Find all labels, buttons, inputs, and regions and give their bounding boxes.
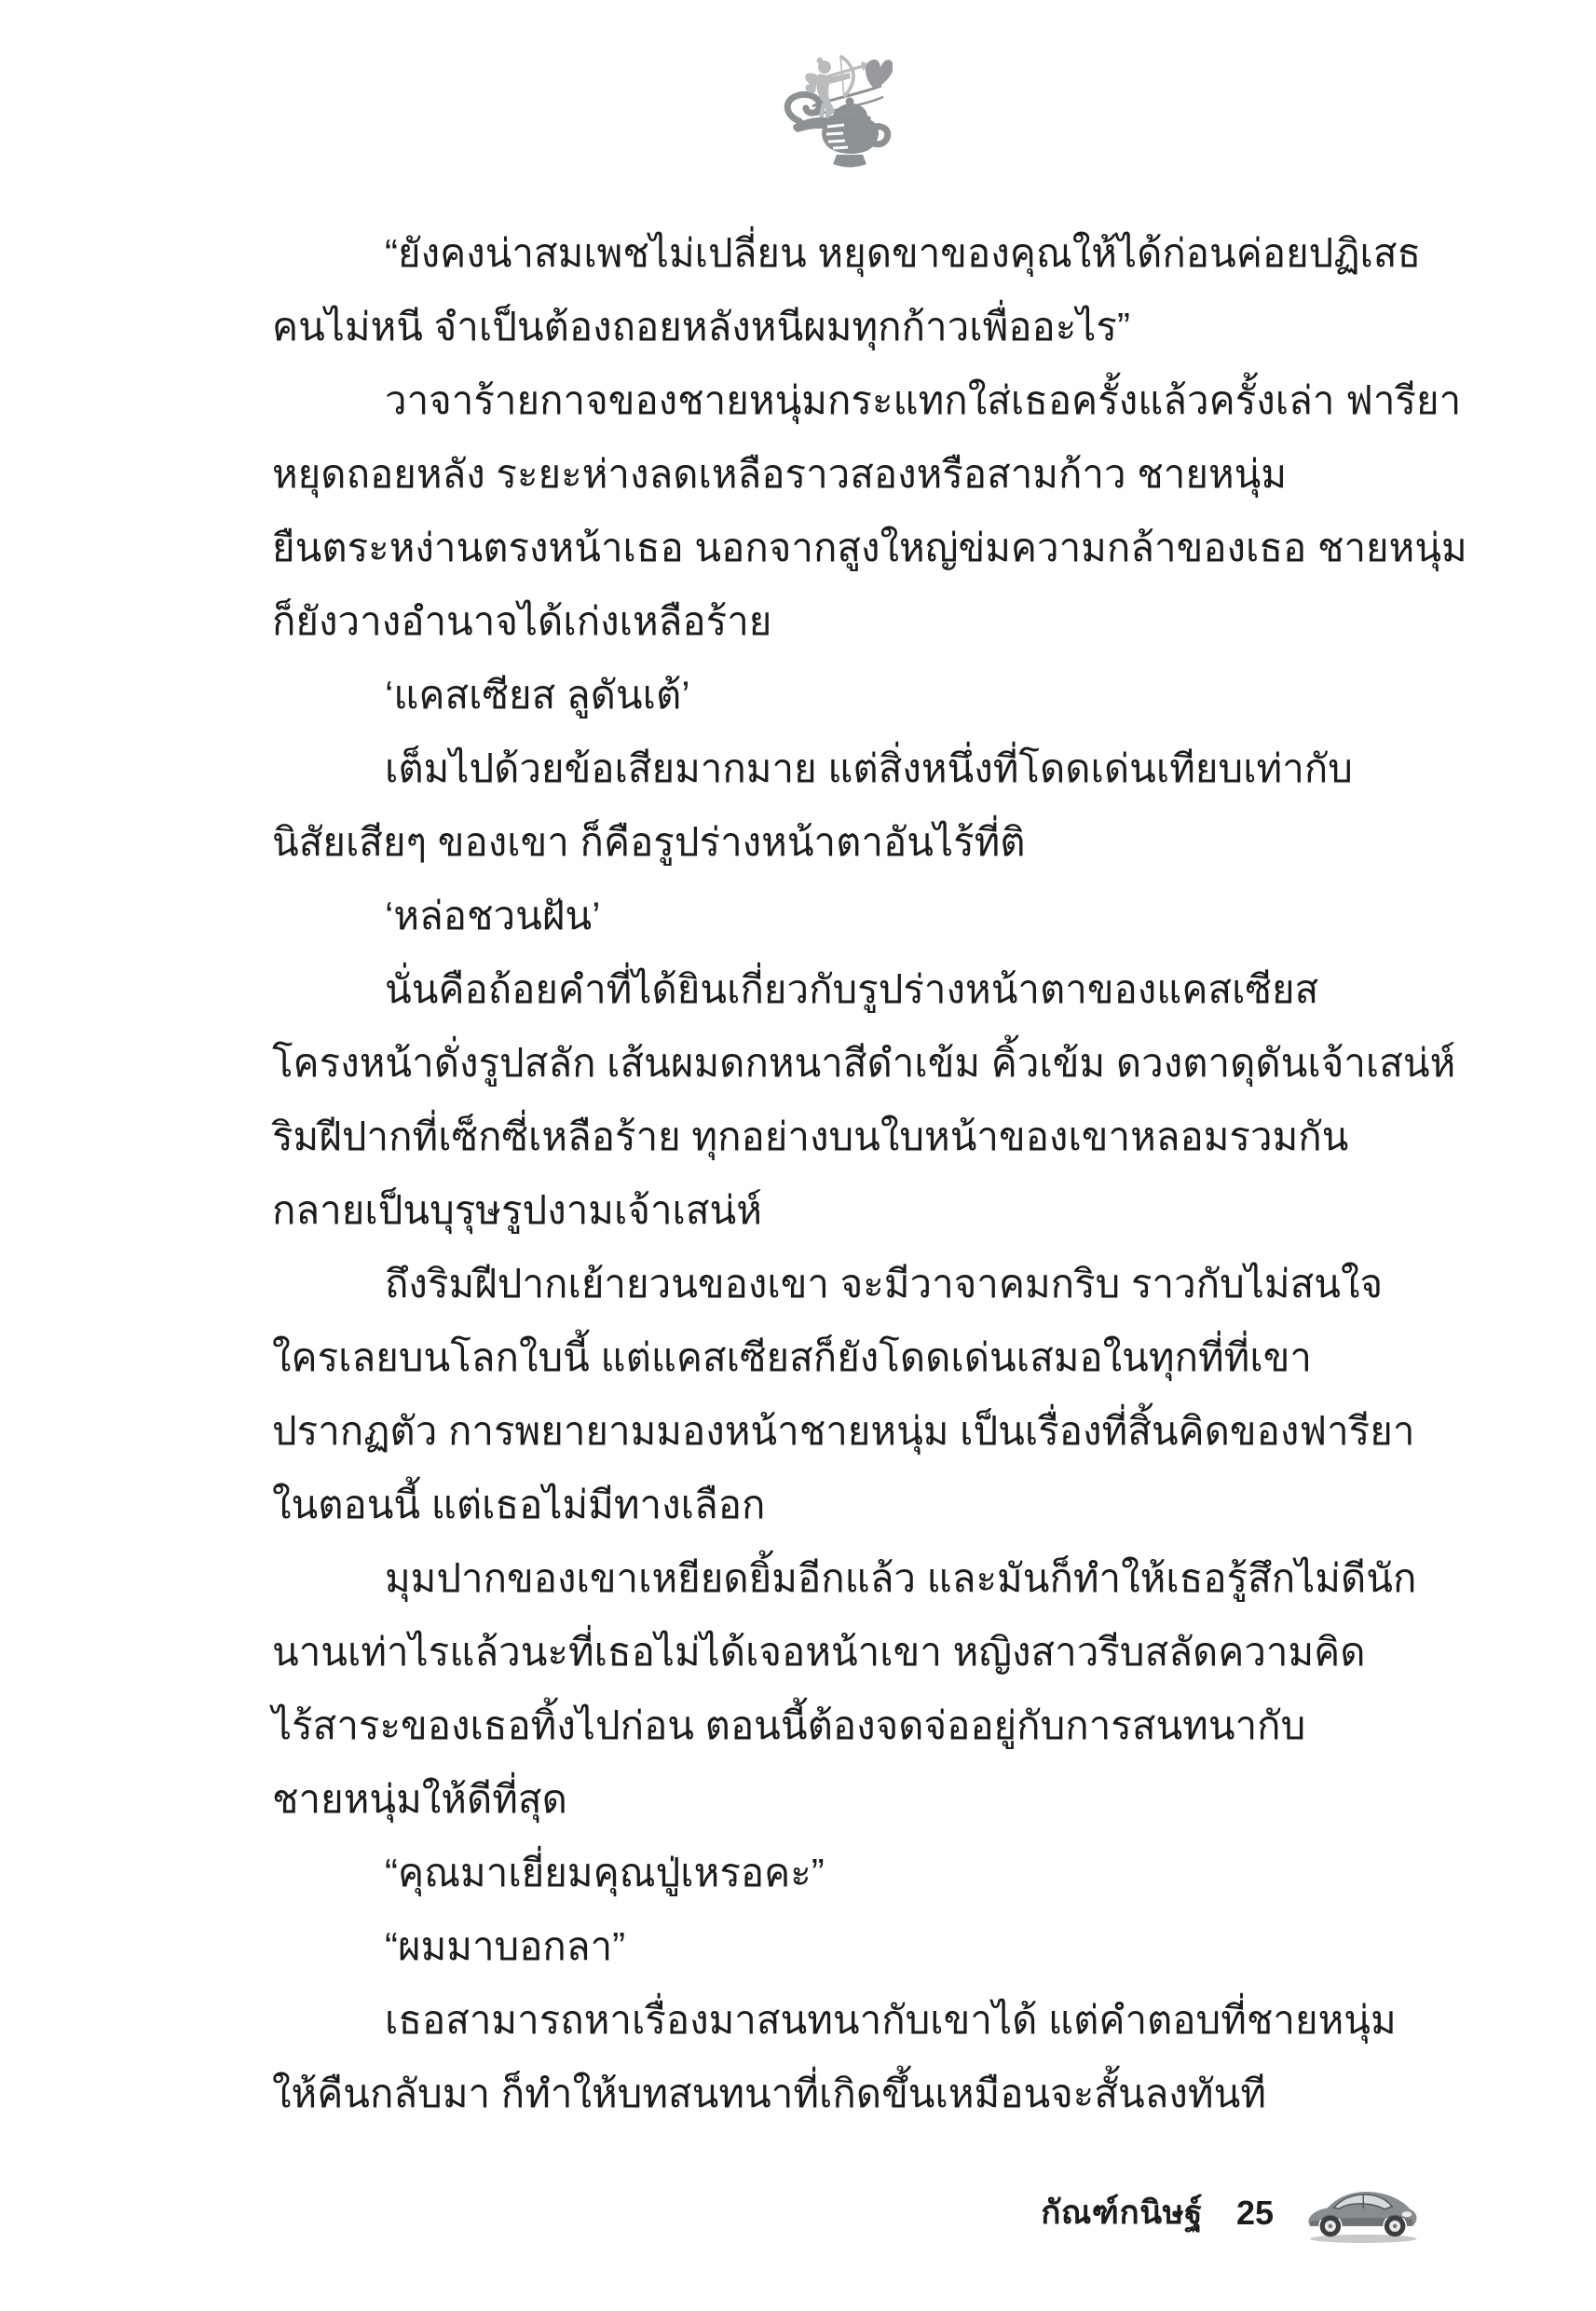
text-line: เธอสามารถหาเรื่องมาสนทนากับเขาได้ แต่คำต… [272,1983,1483,2057]
heart-shape [866,60,893,89]
genie-lamp-cupid-ornament-icon [781,47,893,171]
text-line: มุมปากของเขาเหยียดยิ้มอีกแล้ว และมันก็ทำ… [272,1541,1483,1615]
text-line: โครงหน้าดั่งรูปสลัก เส้นผมดกหนาสีดำเข้ม … [272,1026,1483,1100]
text-line: เต็มไปด้วยข้อเสียมากมาย แต่สิ่งหนึ่งที่โ… [272,732,1483,805]
text-line: ใครเลยบนโลกใบนี้ แต่แคสเซียสก็ยังโดดเด่น… [272,1320,1483,1394]
body-text: “ยังคงน่าสมเพชไม่เปลี่ยน หยุดขาของคุณให้… [272,216,1483,2130]
text-line: ชายหนุ่มให้ดีที่สุด [272,1762,1483,1836]
page-footer: กัณฑ์กนิษฐ์ 25 [885,2164,1421,2262]
page-number: 25 [1236,2194,1274,2233]
text-line: คนไม่หนี จำเป็นต้องถอยหลังหนีผมทุกก้าวเพ… [272,290,1483,363]
text-line: ในตอนนี้ แต่เธอไม่มีทางเลือก [272,1468,1483,1541]
text-line: ก็ยังวางอำนาจได้เก่งเหลือร้าย [272,584,1483,658]
text-line: ถึงริมฝีปากเย้ายวนของเขา จะมีวาจาคมกริบ … [272,1247,1483,1320]
text-line: นิสัยเสียๆ ของเขา ก็คือรูปร่างหน้าตาอันไ… [272,805,1483,879]
text-line: “ผมมาบอกลา” [272,1909,1483,1983]
text-line: นั่นคือถ้อยคำที่ได้ยินเกี่ยวกับรูปร่างหน… [272,952,1483,1026]
book-page: “ยังคงน่าสมเพชไม่เปลี่ยน หยุดขาของคุณให้… [0,0,1596,2311]
text-line: ยืนตระหง่านตรงหน้าเธอ นอกจากสูงใหญ่ข่มคว… [272,511,1483,584]
text-line: ริมฝีปากที่เซ็กซี่เหลือร้าย ทุกอย่างบนใบ… [272,1100,1483,1173]
text-line: ‘แคสเซียส ลูดันเต้’ [272,658,1483,732]
text-line: หยุดถอยหลัง ระยะห่างลดเหลือราวสองหรือสาม… [272,437,1483,511]
text-line: “ยังคงน่าสมเพชไม่เปลี่ยน หยุดขาของคุณให้… [272,216,1483,290]
text-line: ‘หล่อชวนฝัน’ [272,879,1483,952]
text-line: ไร้สาระของเธอทิ้งไปก่อน ตอนนี้ต้องจดจ่ออ… [272,1689,1483,1762]
author-name: กัณฑ์กนิษฐ์ [1041,2187,1203,2238]
text-line: นานเท่าไรแล้วนะที่เธอไม่ได้เจอหน้าเขา หญ… [272,1615,1483,1689]
text-line: ปรากฏตัว การพยายามมองหน้าชายหนุ่ม เป็นเร… [272,1394,1483,1468]
text-line: กลายเป็นบุรุษรูปงามเจ้าเสน่ห์ [272,1173,1483,1247]
text-line: “คุณมาเยี่ยมคุณปู่เหรอคะ” [272,1836,1483,1909]
sports-car-icon [1302,2173,1421,2253]
text-line: วาจาร้ายกาจของชายหนุ่มกระแทกใส่เธอครั้งแ… [272,363,1483,437]
text-line: ให้คืนกลับมา ก็ทำให้บทสนทนาที่เกิดขึ้นเห… [272,2057,1483,2130]
